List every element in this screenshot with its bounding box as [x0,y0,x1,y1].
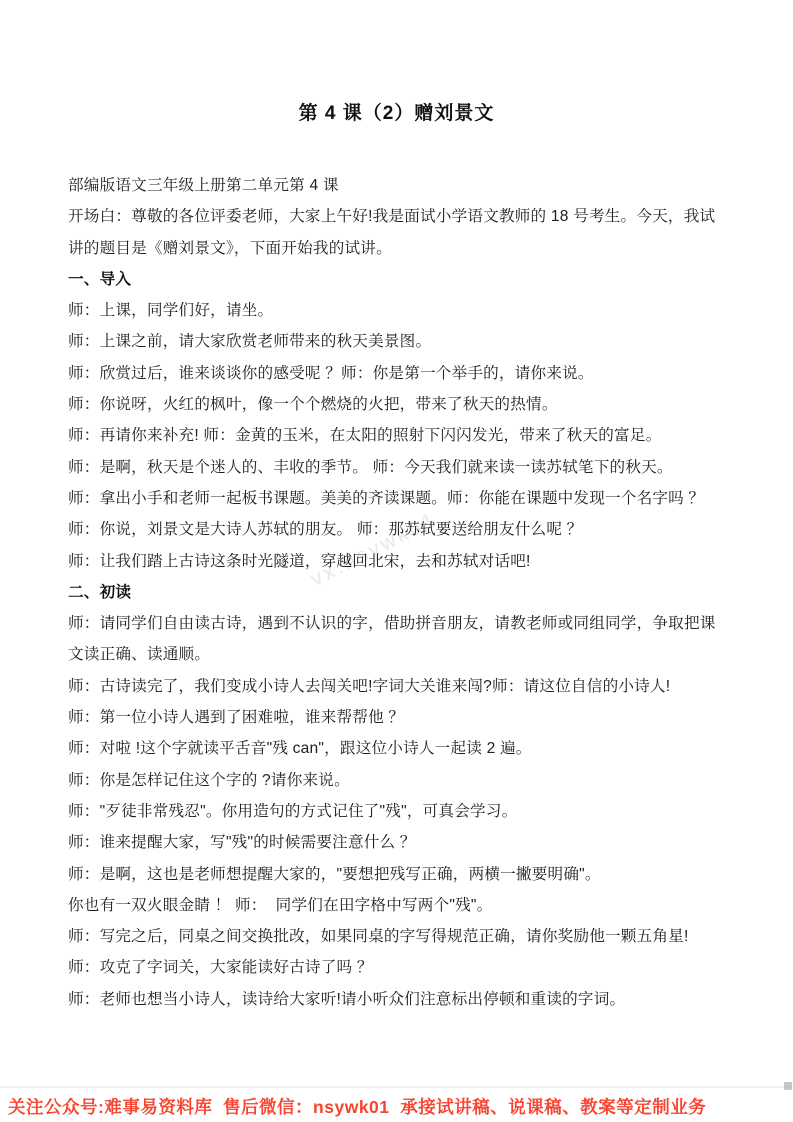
footer-banner: 关注公众号:难事易资料库 售后微信：nsywk01 承接试讲稿、说课稿、教案等定… [8,1094,793,1119]
document-lines: 部编版语文三年级上册第二单元第 4 课开场白：尊敬的各位评委老师，大家上午好!我… [68,170,733,1015]
document-line: 师：拿出小手和老师一起板书课题。美美的齐读课题。师：你能在课题中发现一个名字吗 … [68,483,733,514]
document-line: 师：攻克了字词关，大家能读好古诗了吗 ？ [68,952,733,983]
document-line: 师：是啊，秋天是个迷人的、丰收的季节。 师：今天我们就来读一读苏轼笔下的秋天。 [68,452,733,483]
document-line: 师：谁来提醒大家，写"残"的时候需要注意什么 ？ [68,827,733,858]
section-heading: 二、初读 [68,577,733,608]
document-line: 师："歹徒非常残忍"。你用造句的方式记住了"残"，可真会学习。 [68,796,733,827]
document-line: 开场白：尊敬的各位评委老师，大家上午好!我是面试小学语文教师的 18 号考生。今… [68,201,733,232]
document-line: 师：第一位小诗人遇到了困难啦，谁来帮帮他 ？ [68,702,733,733]
document-line: 你也有一双火眼金睛 ！ 师： 同学们在田字格中写两个"残"。 [68,890,733,921]
document-line: 师：古诗读完了，我们变成小诗人去闯关吧!字词大关谁来闯?师：请这位自信的小诗人! [68,671,733,702]
document-line: 师：是啊，这也是老师想提醒大家的，"要想把残写正确，两横一撇要明确"。 [68,859,733,890]
document-line: 师：欣赏过后，谁来谈谈你的感受呢 ？师：你是第一个举手的，请你来说。 [68,358,733,389]
document-line: 部编版语文三年级上册第二单元第 4 课 [68,170,733,201]
document-line: 师：你是怎样记住这个字的 ?请你来说。 [68,765,733,796]
document-line: 师：你说，刘景文是大诗人苏轼的朋友。 师：那苏轼要送给朋友什么呢 ？ [68,514,733,545]
document-line: 师：上课，同学们好，请坐。 [68,295,733,326]
document-line: 文读正确、读通顺。 [68,639,733,670]
document-line: 师：上课之前，请大家欣赏老师带来的秋天美景图。 [68,326,733,357]
section-heading: 一、导入 [68,264,733,295]
document-line: 师：老师也想当小诗人，读诗给大家听!请小听众们注意标出停顿和重读的字词。 [68,984,733,1015]
document-line: 师：让我们踏上古诗这条时光隧道，穿越回北宋，去和苏轼对话吧! [68,546,733,577]
footer-separator [0,1086,793,1088]
page-corner-artifact [784,1082,792,1090]
document-line: 师：请同学们自由读古诗，遇到不认识的字，借助拼音朋友，请教老师或同组同学，争取把… [68,608,733,639]
document-page: 第 4 课（2）赠刘景文 vx:nsywk01 部编版语文三年级上册第二单元第 … [0,0,793,1122]
document-line: 师：再请你来补充! 师：金黄的玉米，在太阳的照射下闪闪发光，带来了秋天的富足。 [68,420,733,451]
page-title: 第 4 课（2）赠刘景文 [0,98,793,125]
document-line: 师：你说呀，火红的枫叶，像一个个燃烧的火把，带来了秋天的热情。 [68,389,733,420]
document-line: 师：对啦 !这个字就读平舌音"残 can"，跟这位小诗人一起读 2 遍。 [68,733,733,764]
document-line: 讲的题目是《赠刘景文》，下面开始我的试讲。 [68,233,733,264]
document-line: 师：写完之后，同桌之间交换批改，如果同桌的字写得规范正确，请你奖励他一颗五角星! [68,921,733,952]
